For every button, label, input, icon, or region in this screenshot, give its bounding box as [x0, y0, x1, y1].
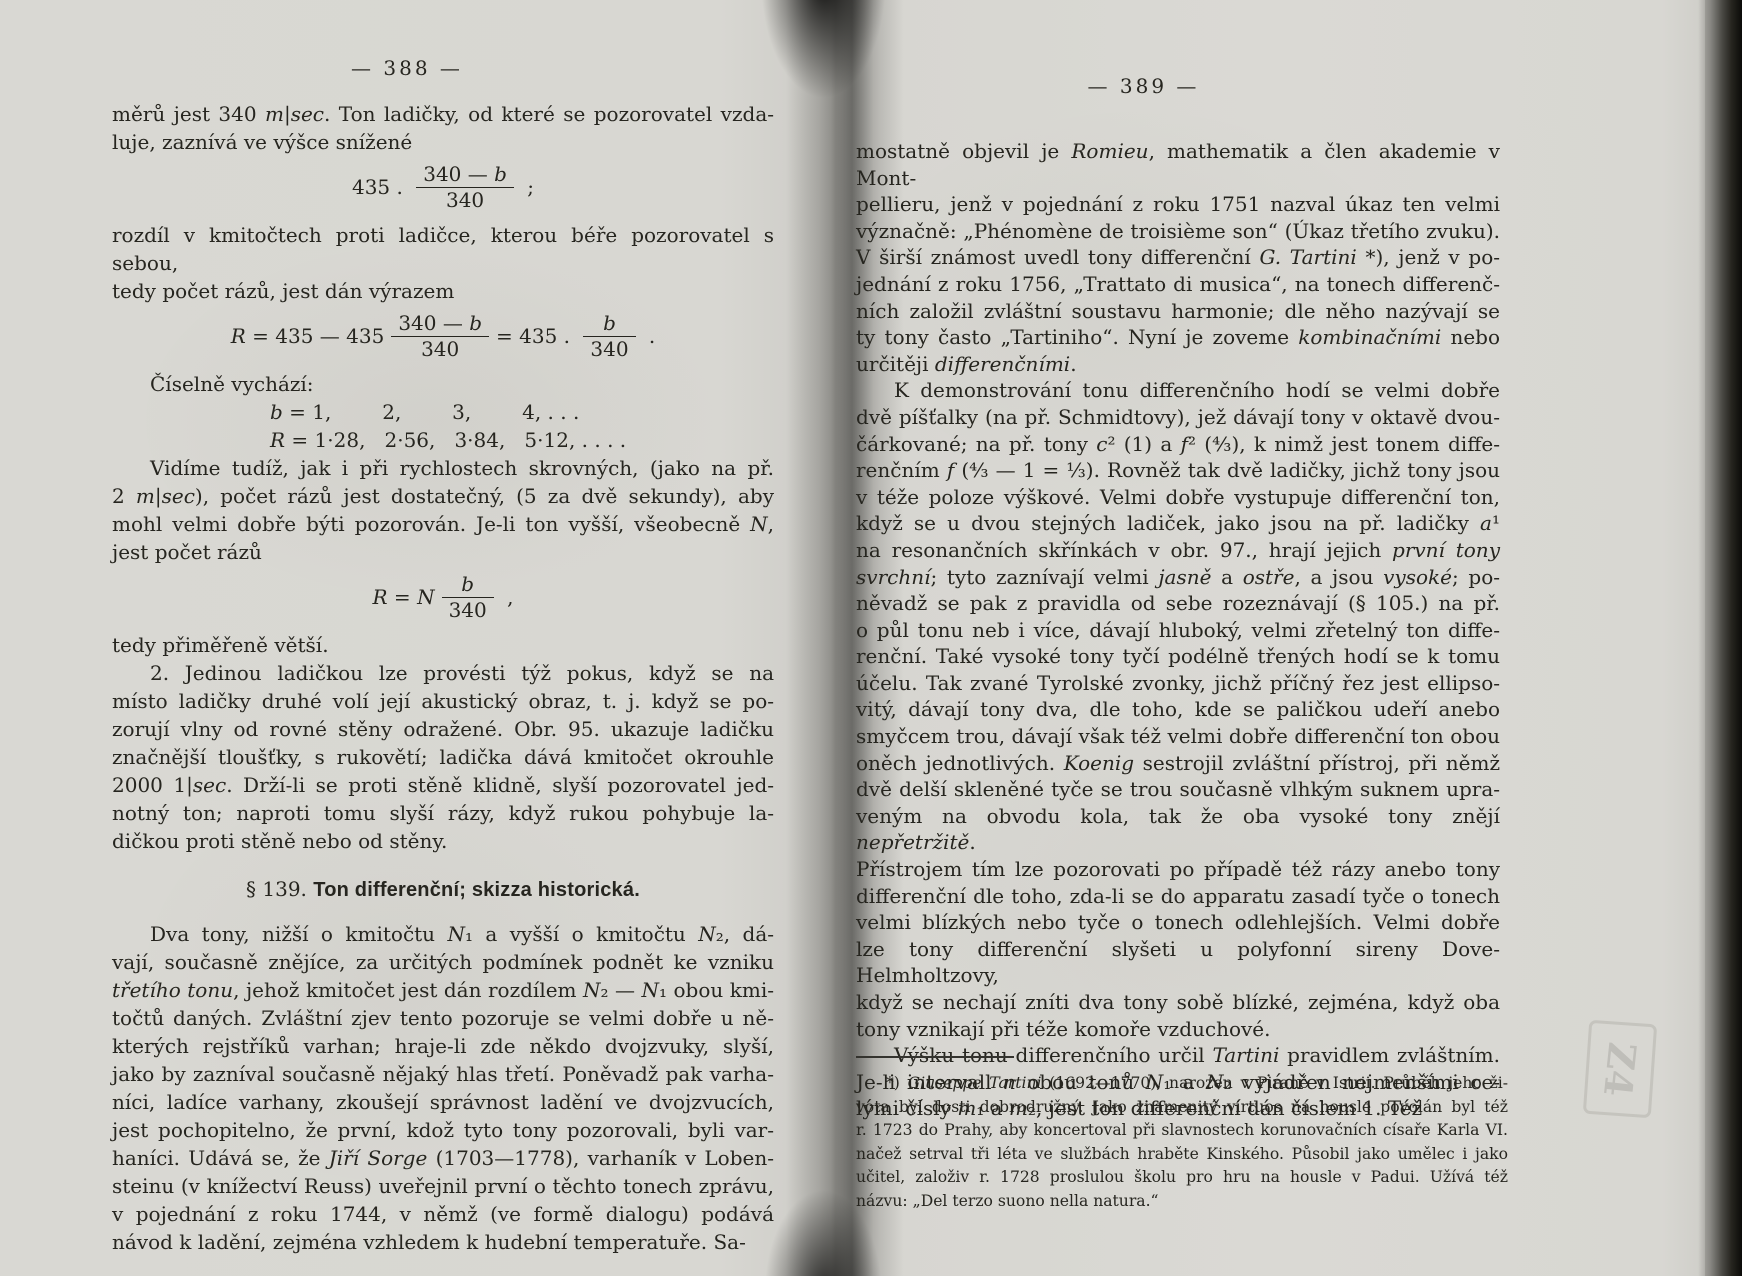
text-line: jako by zazníval současně nějaký hlas tř…: [112, 1060, 774, 1088]
text-line: dičkou proti stěně nebo od stěny.: [112, 827, 774, 855]
text-line: jest počet rázů: [112, 538, 774, 566]
paragraph: rozdíl v kmitočtech proti ladičce, ktero…: [112, 221, 774, 305]
text-line: oněch jednotlivých. Koenig sestrojil zvl…: [856, 750, 1500, 777]
text-line: účelu. Tak zvané Tyrolské zvonky, jichž …: [856, 670, 1500, 697]
text-line: třetího tonu, jehož kmitočet jest dán ro…: [112, 976, 774, 1004]
text-line: pellieru, jenž v pojednání z roku 1751 n…: [856, 191, 1500, 218]
right-page-text-column: mostatně objevil je Romieu, mathematik a…: [856, 138, 1500, 1122]
paragraph: Vidíme tudíž, jak i při rychlostech skro…: [112, 454, 774, 566]
text-line: *) Giuseppe Tartini (1692—1770), narozen…: [856, 1072, 1508, 1096]
paragraph: K demonstrování tonu differenčního hodí …: [856, 377, 1500, 1042]
text-line: když se nechají zníti dva tony sobě blíz…: [856, 989, 1500, 1016]
text-line: měrů jest 340 m|sec. Ton ladičky, od kte…: [112, 100, 774, 128]
text-line: Vidíme tudíž, jak i při rychlostech skro…: [112, 454, 774, 482]
paragraph: Dva tony, nižší o kmitočtu N₁ a vyšší o …: [112, 920, 774, 1256]
text-line: 2. Jedinou ladičkou lze provésti týž pok…: [112, 659, 774, 687]
fraction: 340 — b340: [391, 312, 489, 361]
page-edge-shadow: [1698, 0, 1742, 1276]
formula-suffix: .: [643, 324, 656, 348]
footnote-separator-rule: [856, 1056, 1014, 1058]
paragraph: měrů jest 340 m|sec. Ton ladičky, od kte…: [112, 100, 774, 156]
text-line: mohl velmi dobře býti pozorován. Je-li t…: [112, 510, 774, 538]
text-line: dvě píšťalky (na př. Schmidtovy), jež dá…: [856, 404, 1500, 431]
text-line: tony vznikají při téže komoře vzduchové.: [856, 1016, 1500, 1043]
formula-reduced-pitch: 435 . 340 — b340 ;: [112, 163, 774, 212]
text-line: místo ladičky druhé volí její akustický …: [112, 687, 774, 715]
text-line: r. 1723 do Prahy, aby koncertoval při sl…: [856, 1119, 1508, 1143]
text-line: 2000 1|sec. Drží-li se proti stěně klidn…: [112, 771, 774, 799]
section-title: Ton differenční; skizza historická.: [313, 879, 640, 901]
text-line: Dva tony, nižší o kmitočtu N₁ a vyšší o …: [112, 920, 774, 948]
section-number: § 139.: [246, 877, 313, 901]
fraction-denominator: 340: [391, 337, 489, 361]
page-number-right: — 389 —: [856, 74, 1431, 98]
text-line: Číselně vychází:: [112, 370, 774, 398]
formula-lhs: R = N: [373, 585, 435, 609]
formula-suffix: ,: [501, 585, 514, 609]
fraction-denominator: 340: [442, 598, 494, 622]
footnote: *) Giuseppe Tartini (1692—1770), narozen…: [856, 1072, 1508, 1214]
text-line: něvadž se pak z pravidla od sebe rozezná…: [856, 590, 1500, 617]
fraction-numerator: 340 — b: [416, 163, 514, 188]
formula-general-beats: R = Nb340 ,: [112, 573, 774, 622]
text-line: značnější tloušťky, s rukovětí; ladička …: [112, 743, 774, 771]
text-line: ty tony často „Tartiniho“. Nyní je zovem…: [856, 324, 1500, 351]
text-line: kterých rejstříků varhan; hraje-li zde n…: [112, 1032, 774, 1060]
text-line: lze tony differenční slyšeti u polyfonní…: [856, 936, 1500, 989]
text-line: notný ton; naproti tomu slyší rázy, když…: [112, 799, 774, 827]
fraction: 340 — b340: [416, 163, 514, 212]
text-line: jednání z roku 1756, „Trattato di musica…: [856, 271, 1500, 298]
formula-equals: = 435 .: [496, 324, 576, 348]
paragraph: tedy přiměřeně větší.: [112, 631, 774, 659]
fraction: b340: [442, 573, 494, 622]
book-scan-spread: { "left": { "page_number": "— 388 —", "p…: [0, 0, 1742, 1276]
text-line: rozdíl v kmitočtech proti ladičce, ktero…: [112, 221, 774, 277]
text-line: jest pochopitelno, že první, kdož tyto t…: [112, 1116, 774, 1144]
text-line: ních založil zvláštní soustavu harmonie;…: [856, 298, 1500, 325]
formula-coefficient: 435 .: [352, 175, 409, 199]
text-line: steinu (v knížectví Reuss) uveřejnil prv…: [112, 1172, 774, 1200]
values-line-R: R = 1·28, 2·56, 3·84, 5·12, . . . .: [112, 426, 774, 454]
page-number-left: — 388 —: [112, 56, 702, 80]
text-line: význačně: „Phénomène de troisième son“ (…: [856, 218, 1500, 245]
text-line: renčním f (⁴⁄₃ — 1 = ⅓). Rovněž tak dvě …: [856, 457, 1500, 484]
text-line: velmi blízkých nebo tyče o tonech odlehl…: [856, 909, 1500, 936]
stamp-text: Z4: [1595, 1040, 1645, 1099]
text-line: čárkované; na př. tony c² (1) a f² (⁴⁄₃)…: [856, 431, 1500, 458]
text-line: renční. Také vysoké tony tyčí podélně tř…: [856, 643, 1500, 670]
text-line: určitěji differenčními.: [856, 351, 1500, 378]
text-line: o půl tonu neb i více, dávají hluboký, v…: [856, 617, 1500, 644]
left-page-text-column: měrů jest 340 m|sec. Ton ladičky, od kte…: [112, 100, 774, 1256]
fraction-numerator: b: [583, 312, 635, 337]
text-line: v téže poloze výškové. Velmi dobře vystu…: [856, 484, 1500, 511]
text-line: tedy přiměřeně větší.: [112, 631, 774, 659]
section-heading: § 139. Ton differenční; skizza historick…: [112, 875, 774, 904]
text-line: točtů daných. Zvláštní zjev tento pozoru…: [112, 1004, 774, 1032]
text-line: dvě delší skleněné tyče se trou současně…: [856, 776, 1500, 803]
text-line: V širší známost uvedl tony differenční G…: [856, 244, 1500, 271]
fraction: b340: [583, 312, 635, 361]
text-line: veným na obvodu kola, tak že oba vysoké …: [856, 803, 1500, 856]
text-line: haníci. Udává se, že Jiří Sorge (1703—17…: [112, 1144, 774, 1172]
text-line: K demonstrování tonu differenčního hodí …: [856, 377, 1500, 404]
fraction-denominator: 340: [416, 188, 514, 212]
text-line: tedy počet rázů, jest dán výrazem: [112, 277, 774, 305]
text-line: níci, ladíce varhany, zkoušejí správnost…: [112, 1088, 774, 1116]
text-line: když se u dvou stejných ladiček, jako js…: [856, 510, 1500, 537]
paragraph: Číselně vychází:: [112, 370, 774, 398]
paragraph: 2. Jedinou ladičkou lze provésti týž pok…: [112, 659, 774, 855]
text-line: učitel, založiv r. 1728 proslulou školu …: [856, 1166, 1508, 1190]
text-line: vají, současně znějíce, za určitých podm…: [112, 948, 774, 976]
text-line: vota byl dosti dobrodružný. Jako znameni…: [856, 1096, 1508, 1120]
text-line: vitý, dávají tony dva, dle toho, kde se …: [856, 696, 1500, 723]
formula-beat-count: R = 435 — 435340 — b340= 435 . b340 .: [112, 312, 774, 361]
text-line: luje, zaznívá ve výšce snížené: [112, 128, 774, 156]
formula-lhs: R = 435 — 435: [231, 324, 385, 348]
values-line-b: b = 1, 2, 3, 4, . . .: [112, 398, 774, 426]
faint-pencil-stamp: Z4: [1583, 1020, 1657, 1119]
text-line: smyčcem trou, dávají však též velmi dobř…: [856, 723, 1500, 750]
paragraph: mostatně objevil je Romieu, mathematik a…: [856, 138, 1500, 377]
text-line: na resonančních skřínkách v obr. 97., hr…: [856, 537, 1500, 564]
text-line: Přístrojem tím lze pozorovati po případě…: [856, 856, 1500, 883]
text-line: svrchní; tyto zaznívají velmi jasně a os…: [856, 564, 1500, 591]
text-line: mostatně objevil je Romieu, mathematik a…: [856, 138, 1500, 191]
text-line: v pojednání z roku 1744, v němž (ve form…: [112, 1200, 774, 1228]
fraction-numerator: 340 — b: [391, 312, 489, 337]
formula-suffix: ;: [521, 175, 534, 199]
text-line: návod k ladění, zejména vzhledem k hudeb…: [112, 1228, 774, 1256]
text-line: differenční dle toho, zda-li se do appar…: [856, 883, 1500, 910]
text-line: 2 m|sec), počet rázů jest dostatečný, (5…: [112, 482, 774, 510]
text-line: zorují vlny od rovné stěny odražené. Obr…: [112, 715, 774, 743]
text-line: načež setrval tři léta ve službách hrabě…: [856, 1143, 1508, 1167]
text-line: názvu: „Del terzo suono nella natura.“: [856, 1190, 1508, 1214]
fraction-numerator: b: [442, 573, 494, 598]
fraction-denominator: 340: [583, 337, 635, 361]
